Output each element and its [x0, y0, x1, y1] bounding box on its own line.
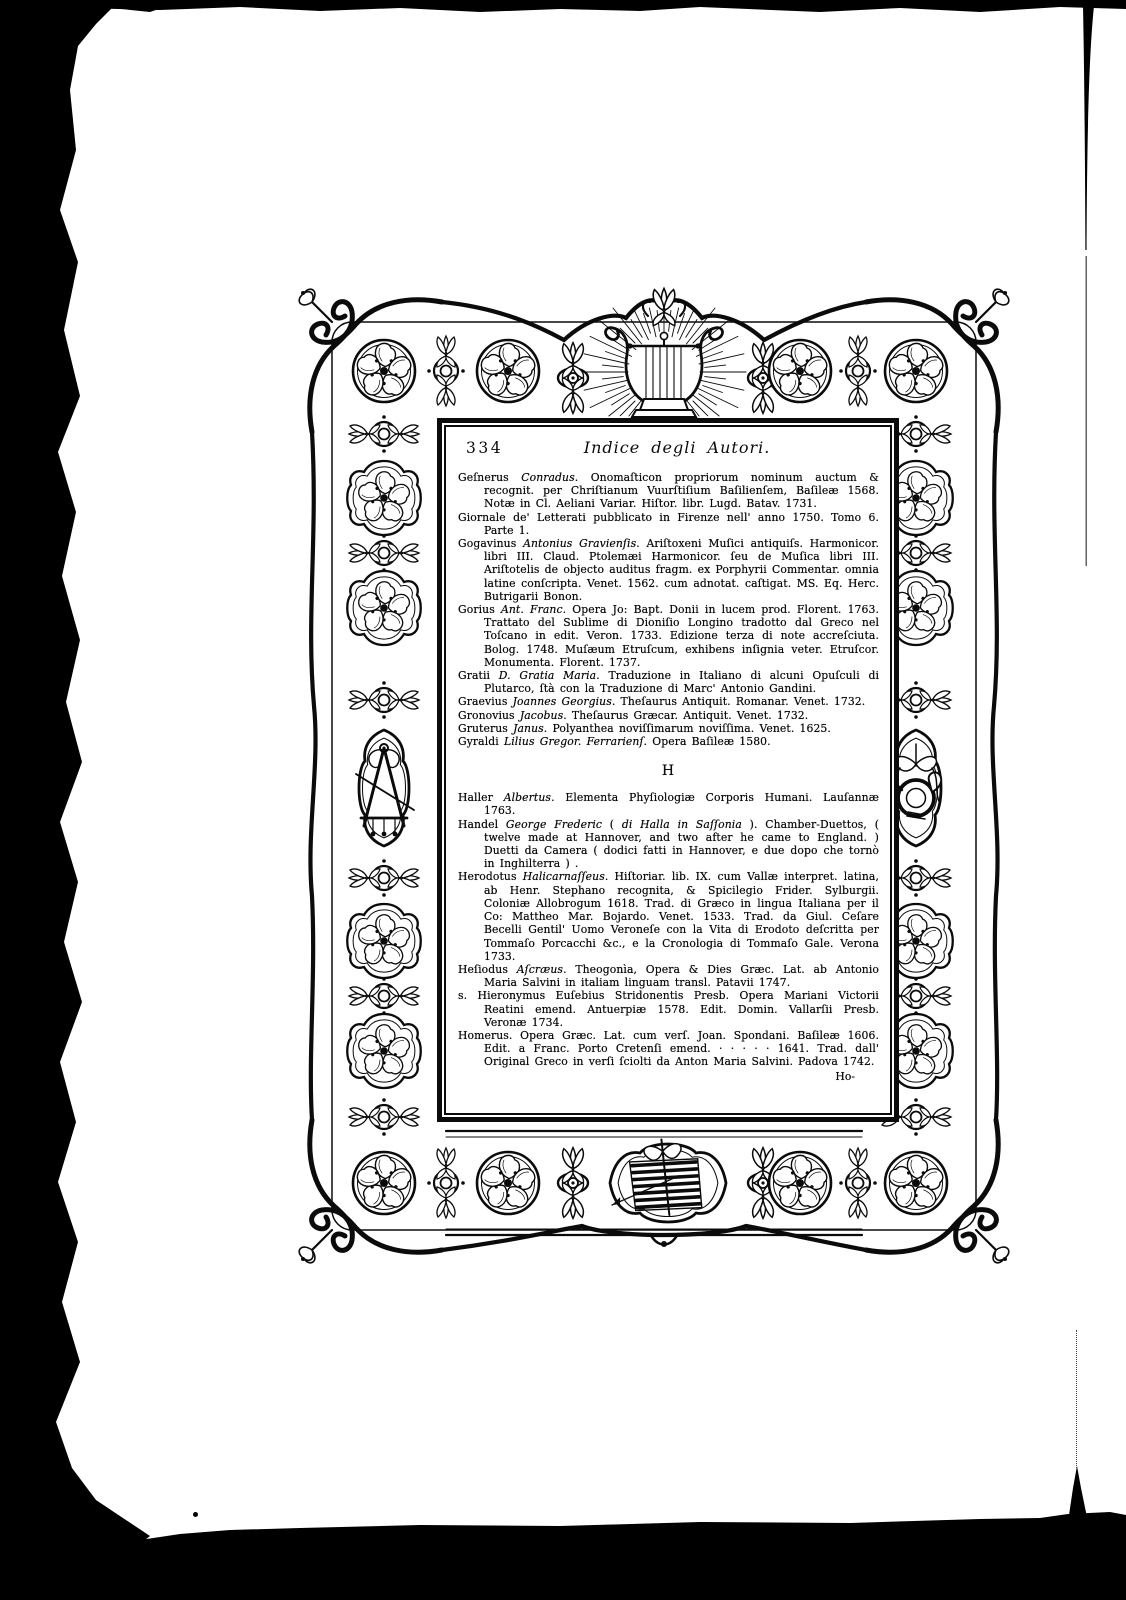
index-entry: Giornale de' Letterati pubblicato in Fir… — [458, 511, 879, 537]
index-sections: Geſnerus Conradus. Onomaſticon proprioru… — [458, 471, 879, 1069]
scan-edge-left — [0, 0, 210, 1560]
index-entry: Gyraldi Lilius Gregor. Ferrarienſ. Opera… — [458, 735, 879, 748]
scanned-book-page: { "doc": { "page_number": "334", "title"… — [0, 0, 1126, 1600]
scan-artifact-dotted-line — [1076, 1330, 1077, 1470]
index-entry: Gruterus Janus. Polyanthea noviſſimarum … — [458, 722, 879, 735]
index-entry: Homerus. Opera Græc. Lat. cum verſ. Joan… — [458, 1029, 879, 1069]
scan-edge-bottom — [0, 1512, 1126, 1600]
index-entry: s. Hieronymus Euſebius Stridonentis Pres… — [458, 989, 879, 1029]
index-entry: Haller Albertus. Elementa Phyſiologiæ Co… — [458, 791, 879, 817]
index-entry: Herodotus Halicarnaſſeus. Hiſtoriar. lib… — [458, 870, 879, 962]
panpipes-icon — [606, 1136, 726, 1222]
index-entry: Geſnerus Conradus. Onomaſticon proprioru… — [458, 471, 879, 511]
page-header: 334 Indice degli Autori. — [458, 438, 879, 457]
right-contour — [992, 432, 997, 1120]
scan-edge-top — [0, 0, 1126, 14]
index-entry: Gronovius Jacobus. Theſaurus Græcar. Ant… — [458, 709, 879, 722]
catchword: Ho- — [458, 1070, 879, 1083]
index-entry: Handel George Frederic ( di Halla in Saſ… — [458, 818, 879, 871]
page-content: 334 Indice degli Autori. Geſnerus Conrad… — [442, 423, 894, 1117]
index-entry: Gratii D. Gratia Maria. Traduzione in It… — [458, 669, 879, 695]
scan-speck — [193, 1512, 198, 1517]
index-entry: Gorius Ant. Franc. Opera Jo: Bapt. Donii… — [458, 603, 879, 669]
left-contour — [310, 432, 315, 1120]
text-frame: 334 Indice degli Autori. Geſnerus Conrad… — [437, 418, 899, 1122]
drafting-compass-icon — [356, 730, 414, 846]
index-entry: Gogavinus Antonius Gravienſis. Ariſtoxen… — [458, 537, 879, 603]
scan-edge-right-fold — [1075, 4, 1101, 604]
section-heading: H — [458, 763, 879, 779]
index-entry: Heſiodus Aſcræus. Theogonìa, Opera & Die… — [458, 963, 879, 989]
index-entry: Graevius Joannes Georgius. Theſaurus Ant… — [458, 695, 879, 708]
page-title: Indice degli Autori. — [489, 438, 865, 457]
